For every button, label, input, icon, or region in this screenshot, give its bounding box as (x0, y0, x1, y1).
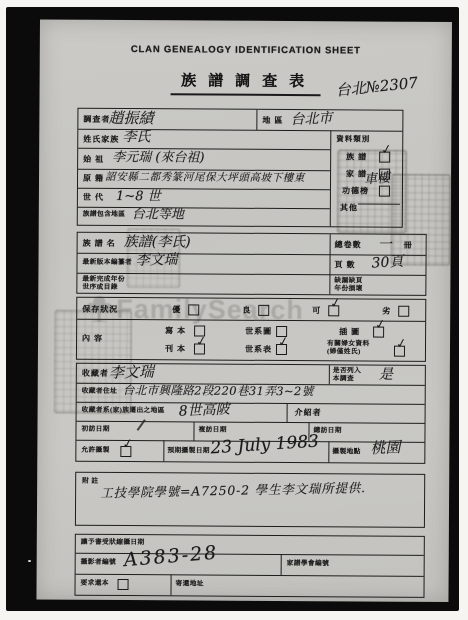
holder-label: 收藏者 (82, 370, 109, 378)
check-mark: ✓ (395, 337, 408, 352)
divider (281, 554, 282, 575)
note-box: 附 註 工技學院學號=A7250-2 學生李文瑞所提供. (75, 472, 425, 528)
basic-info-table: 調查者 趙振績 地 區 台北市 姓氏家族 李氏 始 祖 李元瑞 (來台祖) 原 … (77, 108, 404, 228)
editor-label: 最新版本編纂者 (82, 260, 132, 267)
divider (330, 130, 332, 226)
divider (78, 207, 330, 210)
surveyor-value: 趙振績 (108, 111, 153, 126)
holder-address-value: 台北市興隆路2段220巷31弄3~2號 (123, 385, 314, 398)
divider (163, 440, 164, 461)
content-item-label: 刊 本 (165, 345, 186, 353)
divider (328, 441, 329, 462)
filming-place-label: 攝製地點 (332, 449, 360, 456)
deed-date-label: 讓予書受狀縮攝日期 (81, 540, 145, 547)
divider (193, 421, 194, 440)
damaged-years-label: 年份損壞 (334, 286, 362, 293)
divider (77, 421, 425, 424)
condition-checkbox-excellent (188, 304, 199, 315)
women-info-label: 有關婦女資料 (327, 341, 370, 348)
divider (329, 234, 330, 294)
included-value: 是 (379, 368, 393, 382)
origin-value: 詔安縣二都秀篆河尾保大坪頭高坡下樓東 (105, 172, 305, 184)
content-item-label: 寫 本 (165, 327, 186, 335)
content-item-label: 世系表 (245, 346, 272, 354)
filming-date-label: 預期攝製日期 (167, 448, 210, 455)
return-original-label: 要求還本 (81, 581, 109, 588)
check-mark: ✓ (277, 335, 290, 350)
note-label: 附 註 (82, 479, 98, 486)
category-other-line (358, 203, 400, 204)
check-mark: ✓ (195, 335, 208, 350)
divider (77, 402, 425, 405)
filming-place-value: 桃園 (370, 440, 401, 456)
divider (256, 110, 257, 130)
category-header: 資料類別 (336, 135, 370, 143)
check-mark: ✓ (380, 143, 393, 158)
introducer-label: 介紹者 (295, 409, 322, 417)
photographer-number-value: A383-28 (123, 544, 219, 571)
condition-option-label: 劣 (382, 308, 391, 316)
page-title: 族譜調查表 (171, 69, 320, 96)
category-checkbox-gongdebang (379, 186, 390, 197)
category-other-label: 其他 (340, 204, 358, 212)
area-value: 台北市 (290, 111, 333, 127)
note-value: 工技學院學號=A7250-2 學生李文瑞所提供. (100, 482, 366, 500)
check-mark: ✓ (121, 437, 134, 452)
genealogy-title-label: 族 譜 名 (83, 240, 116, 248)
check-mark: ✓ (329, 296, 342, 311)
volumes-value: 一 (378, 238, 392, 252)
origin-value-continued: 車樓 (364, 172, 391, 187)
content-label: 內 容 (82, 335, 103, 343)
check-mark: ✓ (374, 318, 387, 333)
society-number-label: 家譜學會編號 (287, 561, 330, 568)
included-label: 是否列入 (333, 368, 361, 375)
holder-value: 李文瑞 (109, 364, 154, 380)
return-address-label: 寄還地址 (176, 581, 204, 588)
missing-pages-label: 缺漏缺頁 (334, 278, 362, 285)
women-info-sublabel: (婦僅姓氏) (327, 349, 361, 356)
condition-option-label: 可 (312, 307, 321, 315)
holder-address-label: 收藏者住址 (82, 389, 117, 396)
english-title: CLAN GENEALOGY IDENTIFICATION SHEET (40, 43, 452, 57)
generations-label: 世 代 (83, 194, 104, 202)
emigration-area-label: 收藏者系(家)族遷出之地區 (82, 408, 165, 415)
form-page: FamilySearch CLAN GENEALOGY IDENTIFICATI… (36, 19, 452, 602)
emigration-area-value: 8世高陂 (178, 402, 230, 418)
founder-value: 李元瑞 (來台祖) (112, 151, 204, 165)
genealogy-title-value: 族譜(李氏) (124, 235, 191, 249)
holder-info-table: 收藏者 李文瑞 是否列入 本調查 是 收藏者住址 台北市興隆路2段220巷31弄… (75, 363, 426, 464)
second-visit-label: 複訪日期 (198, 427, 226, 434)
latest-year-label: 最新完成年份 (82, 277, 125, 284)
clan-label: 姓氏家族 (83, 136, 119, 144)
clan-value: 李氏 (122, 130, 150, 144)
divider (76, 574, 424, 577)
pages-value: 30頁 (371, 255, 404, 271)
area-label: 地 區 (262, 117, 283, 125)
filming-permission-label: 允許攝製 (81, 448, 109, 455)
first-visit-label: 初訪日期 (81, 427, 109, 434)
included-sublabel: 本調查 (333, 376, 354, 383)
condition-option-label: 優 (172, 306, 181, 314)
divider (77, 319, 425, 322)
scan-scratch (28, 560, 31, 562)
photographer-number-label: 攝影者編號 (81, 560, 116, 567)
condition-option-label: 良 (242, 307, 251, 315)
coverage-label: 族譜包含地區 (83, 212, 126, 219)
editor-value: 李文瑞 (135, 253, 177, 268)
volumes-unit: 冊 (404, 242, 413, 250)
filming-date-value: 23 July 1983 (210, 433, 319, 457)
filming-admin-table: 讓予書受狀縮攝日期 攝影者編號 A383-28 家譜學會編號 要求還本 寄還地址 (74, 534, 424, 598)
content-item-label: 世系圖 (245, 328, 272, 336)
volume-info-table: 族 譜 名 族譜(李氏) 總卷數 一 冊 最新版本編纂者 李文瑞 頁 數 30頁… (76, 232, 426, 296)
divider (170, 574, 171, 595)
surveyor-label: 調查者 (83, 116, 110, 124)
condition-table: 保存狀況 優 良 可 ✓ 劣 內 容 寫 本 世系圖 插 圖 ✓ 刊 本 (76, 297, 426, 362)
founder-label: 始 祖 (83, 156, 104, 164)
divider (329, 365, 330, 384)
condition-checkbox-good (258, 305, 269, 316)
divider (77, 273, 425, 276)
category-item-label: 族 譜 (346, 153, 367, 161)
origin-label: 原 籍 (83, 175, 104, 183)
condition-checkbox-poor (398, 306, 409, 317)
volumes-label: 總卷數 (335, 241, 362, 249)
condition-label: 保存狀況 (82, 306, 118, 314)
category-item-label: 功德榜 (342, 187, 369, 195)
divider (287, 403, 288, 422)
return-original-checkbox (118, 579, 129, 590)
content-item-label: 插 圖 (339, 328, 360, 336)
pages-label: 頁 數 (334, 261, 355, 269)
index-label: 世序或目錄 (82, 285, 117, 292)
coverage-value: 台北等地 (132, 208, 184, 221)
generations-value: 1~8 世 (116, 190, 161, 203)
